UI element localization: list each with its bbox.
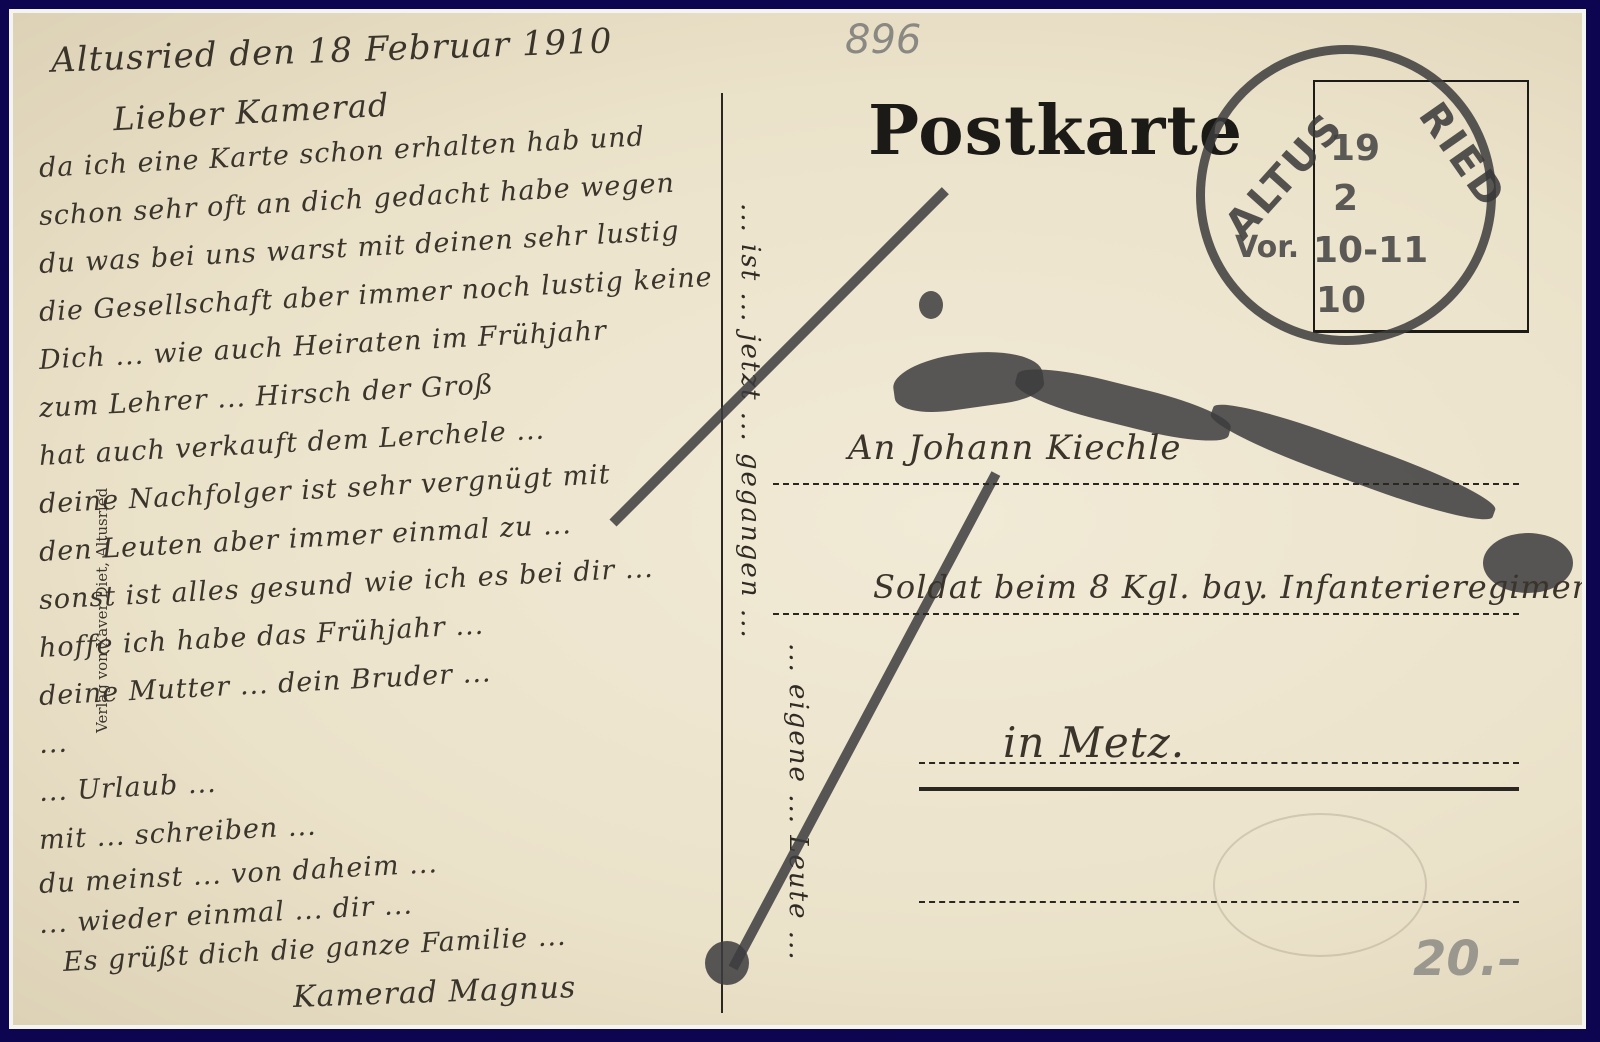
address-solid-line: [919, 787, 1519, 791]
address-line-1: An Johann Kiechle: [848, 428, 1181, 468]
address-line-2: Soldat beim 8 Kgl. bay. Infanterieregime…: [873, 568, 1582, 606]
message-line: ... Urlaub ...: [38, 768, 217, 808]
address-line-3: in Metz.: [1003, 718, 1185, 767]
address-dotted-line-1: [773, 483, 1519, 485]
salutation: Lieber Kamerad: [112, 86, 390, 138]
address-dotted-line-2: [773, 613, 1519, 615]
ink-streak: [729, 471, 1001, 970]
message-line: ...: [38, 728, 68, 760]
message-line: den Leuten aber immer einmal zu ...: [38, 509, 572, 568]
postkarte-title: Postkarte: [868, 91, 1243, 171]
postmark-time-prefix: Vor.: [1235, 233, 1299, 263]
pencil-circle: [1213, 813, 1427, 957]
ink-blot: [919, 291, 943, 319]
side-note-vertical: ... ist ... jetzt ... gegangen ...: [735, 203, 765, 640]
ink-blot: [705, 941, 749, 985]
ink-stain: [1206, 393, 1501, 531]
side-note-vertical: ... eigene ... Leute ...: [783, 643, 813, 962]
postcard: Altusried den 18 Februar 1910 Lieber Kam…: [13, 13, 1582, 1025]
publisher-imprint: Verlag von Xaver Diet, Altusried: [93, 488, 111, 733]
signature: Kamerad Magnus: [292, 970, 576, 1015]
message-line: hat auch verkauft dem Lerchele ...: [38, 415, 546, 472]
center-divider: [721, 93, 723, 1013]
pencil-price: 20.–: [1413, 931, 1522, 987]
message-line: zum Lehrer ... Hirsch der Groß: [38, 369, 494, 424]
message-line: mit ... schreiben ...: [38, 810, 317, 856]
address-dotted-line-3: [919, 762, 1519, 764]
archive-number: 896: [845, 17, 921, 63]
postmark-month: 2: [1333, 181, 1358, 217]
postmark-day: 19: [1330, 131, 1380, 167]
postmark-time: 10-11: [1313, 233, 1428, 269]
postmark-year: 10: [1316, 283, 1366, 319]
dateline: Altusried den 18 Februar 1910: [50, 21, 613, 81]
message-line: Dich ... wie auch Heiraten im Frühjahr: [38, 315, 607, 376]
